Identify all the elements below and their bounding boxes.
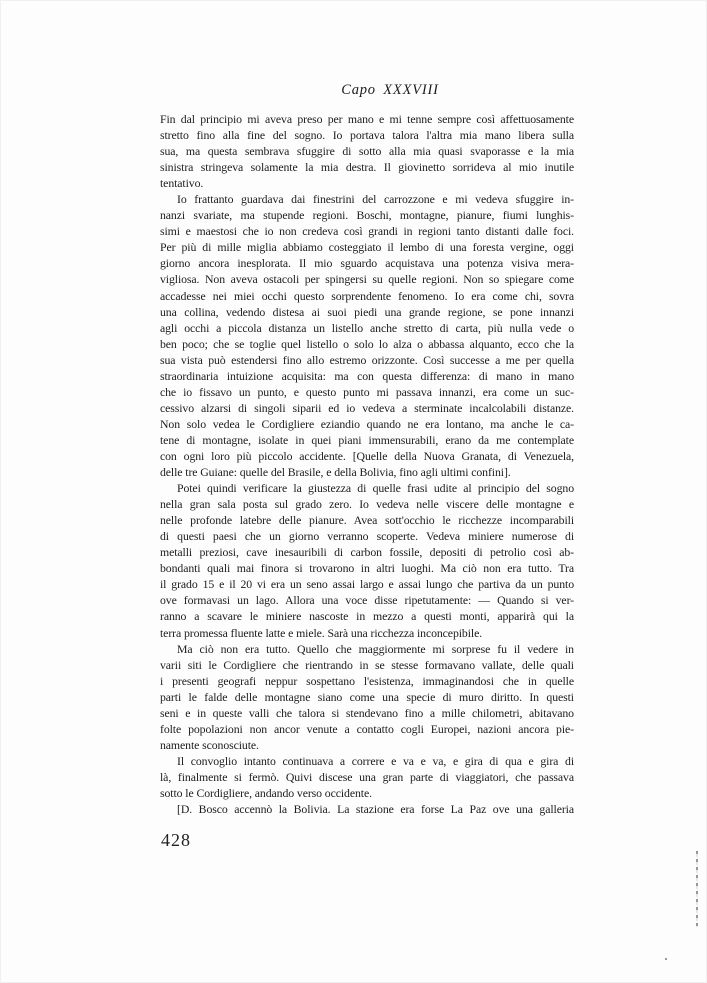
text-line: ben poco; che se toglie quel listello o … [160, 336, 574, 352]
text-line: una collina, vedendo distesa ai suoi pie… [160, 304, 574, 320]
text-line: là, finalmente si fermò. Quivi discese u… [160, 769, 574, 785]
text-line: agli occhi a piccola distanza un listell… [160, 320, 574, 336]
text-line: parti le falde delle montagne siano come… [160, 689, 574, 705]
text-line: terra promessa fluente latte e miele. Sa… [160, 625, 574, 641]
text-line: stretto fino alla fine del sogno. Io por… [160, 127, 574, 143]
text-line: bondanti quali mai finora si trovarono i… [160, 560, 574, 576]
text-line: nelle profonde latebre delle pianure. Av… [160, 512, 574, 528]
text-line: cessivo alzarsi di singoli siparii ed io… [160, 400, 574, 416]
text-line: ove formavasi un lago. Allora una voce d… [160, 592, 574, 608]
text-line: nanzi svariate, ma stupende regioni. Bos… [160, 207, 574, 223]
text-line: sotto le Cordigliere, andando verso occi… [160, 785, 574, 801]
text-line: sinistra stringeva solamente la mia dest… [160, 159, 574, 175]
book-page: Capo XXXVIII Fin dal principio mi aveva … [0, 0, 707, 983]
page-number: 428 [161, 830, 191, 851]
text-line: metalli preziosi, cave inesauribili di c… [160, 544, 574, 560]
text-line: nella gran sala posta sul grado zero. Io… [160, 496, 574, 512]
text-block: Fin dal principio mi aveva preso per man… [160, 111, 574, 817]
text-line: varii siti le Cordigliere che rientrando… [160, 657, 574, 673]
text-line: straordinaria intuizione acquisita: ma c… [160, 368, 574, 384]
text-line: tene di montagne, isolate in quei piani … [160, 432, 574, 448]
text-line: delle tre Guiane: quelle del Brasile, e … [160, 464, 574, 480]
text-line: sua, ma questa sembrava sfuggire di sott… [160, 143, 574, 159]
text-line: Non solo vedea le Cordigliere eziandio q… [160, 416, 574, 432]
text-line: i presenti geografi neppur sospettano l'… [160, 673, 574, 689]
text-line: Il convoglio intanto continuava a correr… [160, 753, 574, 769]
text-line: simi e maestosi che io non credeva così … [160, 223, 574, 239]
text-line: seni e in queste valli che talora si ste… [160, 705, 574, 721]
text-line: [D. Bosco accennò la Bolivia. La stazion… [160, 801, 574, 817]
text-line: di questi paesi che un giorno verranno s… [160, 528, 574, 544]
text-line: Io frattanto guardava dai finestrini del… [160, 191, 574, 207]
text-line: giorno ancora inesplorata. Il mio sguard… [160, 255, 574, 271]
text-line: Per più di mille miglia abbiamo costeggi… [160, 239, 574, 255]
text-line: con ogni loro più piccolo accidente. [Qu… [160, 448, 574, 464]
text-line: Potei quindi verificare la giustezza di … [160, 480, 574, 496]
text-line: accadesse nei miei occhi questo sorprend… [160, 288, 574, 304]
text-line: folte popolazioni non ancor venute a con… [160, 721, 574, 737]
text-line: Ma ciò non era tutto. Quello che maggior… [160, 641, 574, 657]
text-line: Fin dal principio mi aveva preso per man… [160, 111, 574, 127]
text-line: vigliosa. Non aveva ostacoli per spinger… [160, 271, 574, 287]
scan-speck [665, 958, 667, 960]
text-line: che io fissavo un punto, e questo punto … [160, 384, 574, 400]
chapter-heading: Capo XXXVIII [160, 82, 620, 99]
text-line: tentativo. [160, 175, 574, 191]
scan-edge-artifact [696, 851, 698, 927]
text-line: ranno a scavare le miniere nascoste in m… [160, 608, 574, 624]
text-line: il grado 15 e il 20 vi era un seno assai… [160, 576, 574, 592]
text-line: sua vista può estendersi fino allo estre… [160, 352, 574, 368]
text-line: namente sconosciute. [160, 737, 574, 753]
